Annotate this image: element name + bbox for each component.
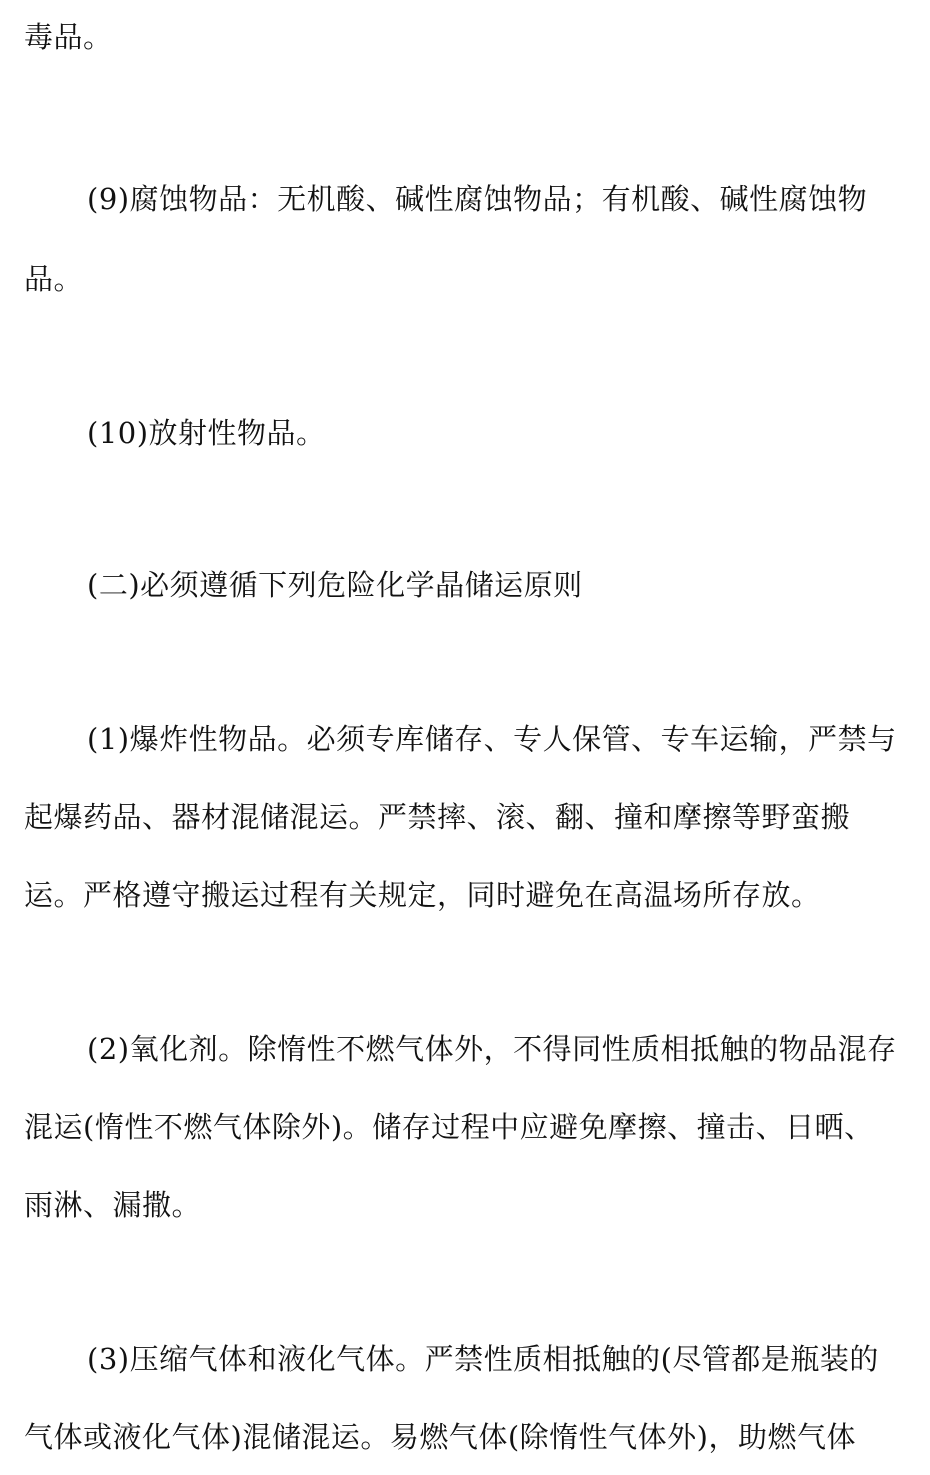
paragraph-explosive-line-3: 运。严格遵守搬运过程有关规定，同时避免在高温场所存放。 [24,878,821,912]
paragraph-oxidizer-line-2: 混运(惰性不燃气体除外)。储存过程中应避免摩擦、撞击、日晒、 [24,1110,874,1144]
paragraph-explosive-line-2: 起爆药品、器材混储混运。严禁摔、滚、翻、撞和摩擦等野蛮搬 [24,800,850,834]
paragraph-explosive-line-1: (1)爆炸性物品。必须专库储存、专人保管、专车运输，严禁与 [87,722,897,756]
paragraph-corrosive-line-1: (9)腐蚀物品：无机酸、碱性腐蚀物品；有机酸、碱性腐蚀物 [87,182,867,216]
paragraph-oxidizer-line-1: (2)氧化剂。除惰性不燃气体外，不得同性质相抵触的物品混存 [87,1032,897,1066]
paragraph-corrosive-line-2: 品。 [24,262,83,296]
paragraph-radioactive-line-1: (10)放射性物品。 [87,416,326,450]
paragraph-compressed-gas-line-2: 气体或液化气体)混储混运。易燃气体(除惰性气体外)，助燃气体 [24,1420,856,1454]
section-heading: (二)必须遵循下列危险化学晶储运原则 [87,568,583,602]
paragraph-compressed-gas-line-1: (3)压缩气体和液化气体。严禁性质相抵触的(尽管都是瓶装的 [87,1342,879,1376]
paragraph-toxic-end-line-1: 毒品。 [24,20,113,54]
paragraph-oxidizer-line-3: 雨淋、漏撒。 [24,1188,201,1222]
